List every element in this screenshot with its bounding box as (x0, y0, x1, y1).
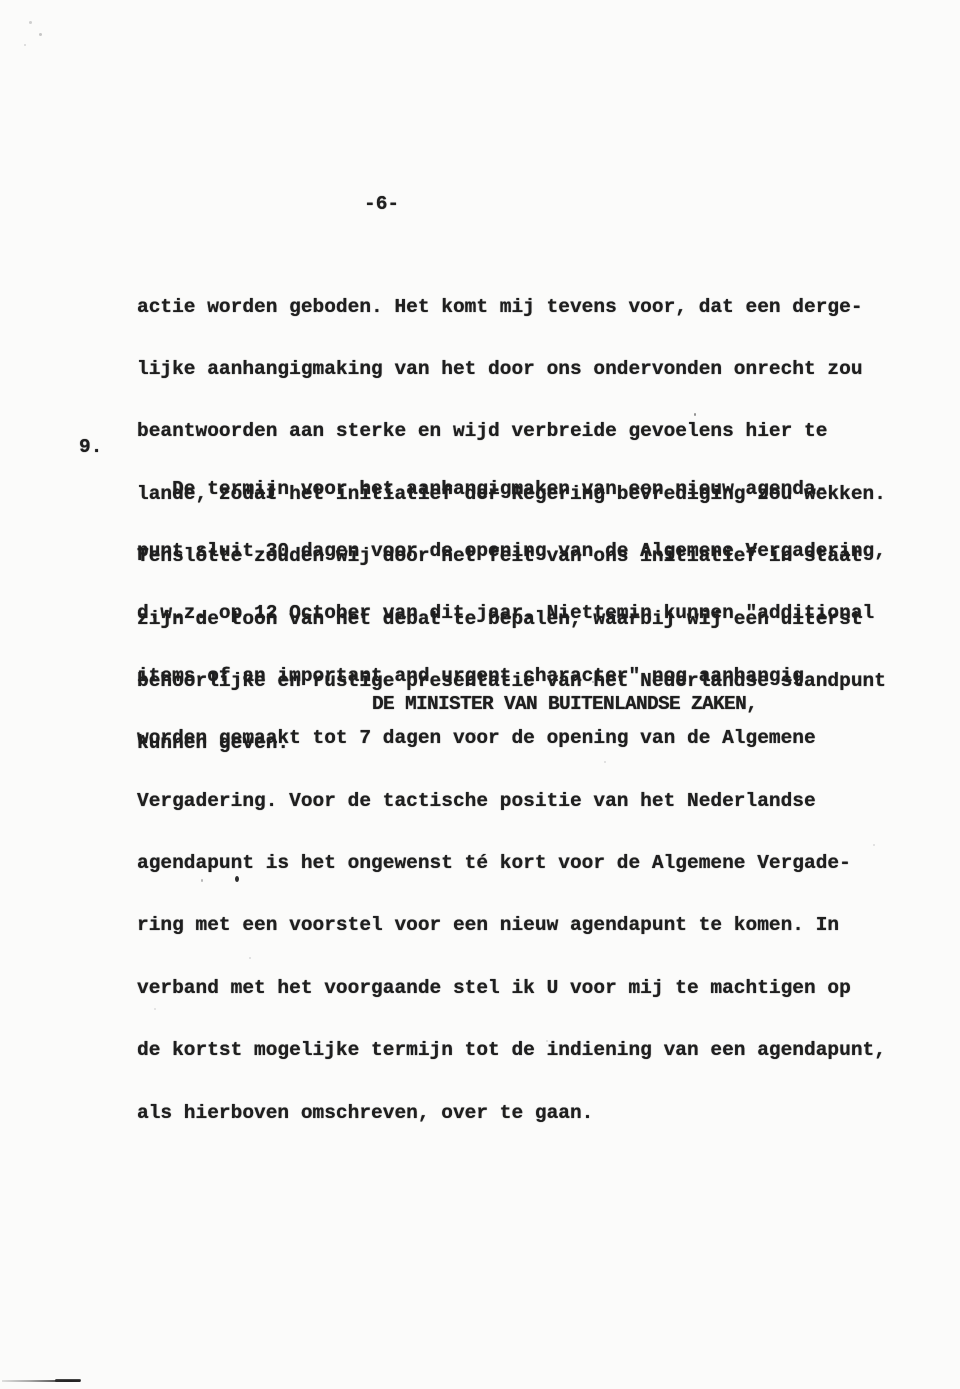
text-line: agendapunt is het ongewenst té kort voor… (137, 853, 886, 874)
text-line: als hierboven omschreven, over te gaan. (137, 1103, 886, 1124)
scan-speck (694, 413, 696, 416)
text-line: Vergadering. Voor de tactische positie v… (137, 791, 886, 812)
text-line: punt sluit 30 dagen voor de opening van … (137, 541, 886, 562)
text-line: worden gemaakt tot 7 dagen voor de openi… (137, 728, 886, 749)
scan-speck (249, 957, 251, 959)
text-line: lijke aanhangigmaking van het door ons o… (137, 359, 886, 380)
text-line: de kortst mogelijke termijn tot de indie… (137, 1040, 886, 1061)
scan-speck (201, 879, 203, 882)
text-line: actie worden geboden. Het komt mij teven… (137, 297, 886, 318)
scan-speck (474, 732, 476, 734)
scan-speck (29, 21, 32, 24)
scan-speck (592, 681, 594, 683)
text-line: verband met het voorgaande stel ik U voo… (137, 978, 886, 999)
text-line: items of an important and urgent charact… (137, 666, 886, 687)
scan-speck (546, 1040, 548, 1042)
signature-line: DE MINISTER VAN BUITENLANDSE ZAKEN, (372, 694, 757, 715)
paragraph-section-9: De termijn voor het aanhangigmaken van e… (137, 437, 886, 1165)
text-line: De termijn voor het aanhangigmaken van e… (137, 479, 886, 500)
text-line: ring met een voorstel voor een nieuw age… (137, 915, 886, 936)
scan-speck (873, 844, 875, 846)
section-number: 9. (79, 437, 102, 458)
scan-speck (604, 761, 606, 763)
scan-speck (39, 33, 42, 36)
scan-speck (235, 876, 239, 882)
scan-speck (154, 1008, 156, 1010)
text-line: d.w.z. op 12 October van dit jaar. Niett… (137, 603, 886, 624)
scan-speck (24, 44, 26, 46)
scanned-document-page: -6- actie worden geboden. Het komt mij t… (0, 0, 960, 1389)
page-number: -6- (364, 194, 399, 215)
scan-line-artifact (55, 1379, 81, 1382)
